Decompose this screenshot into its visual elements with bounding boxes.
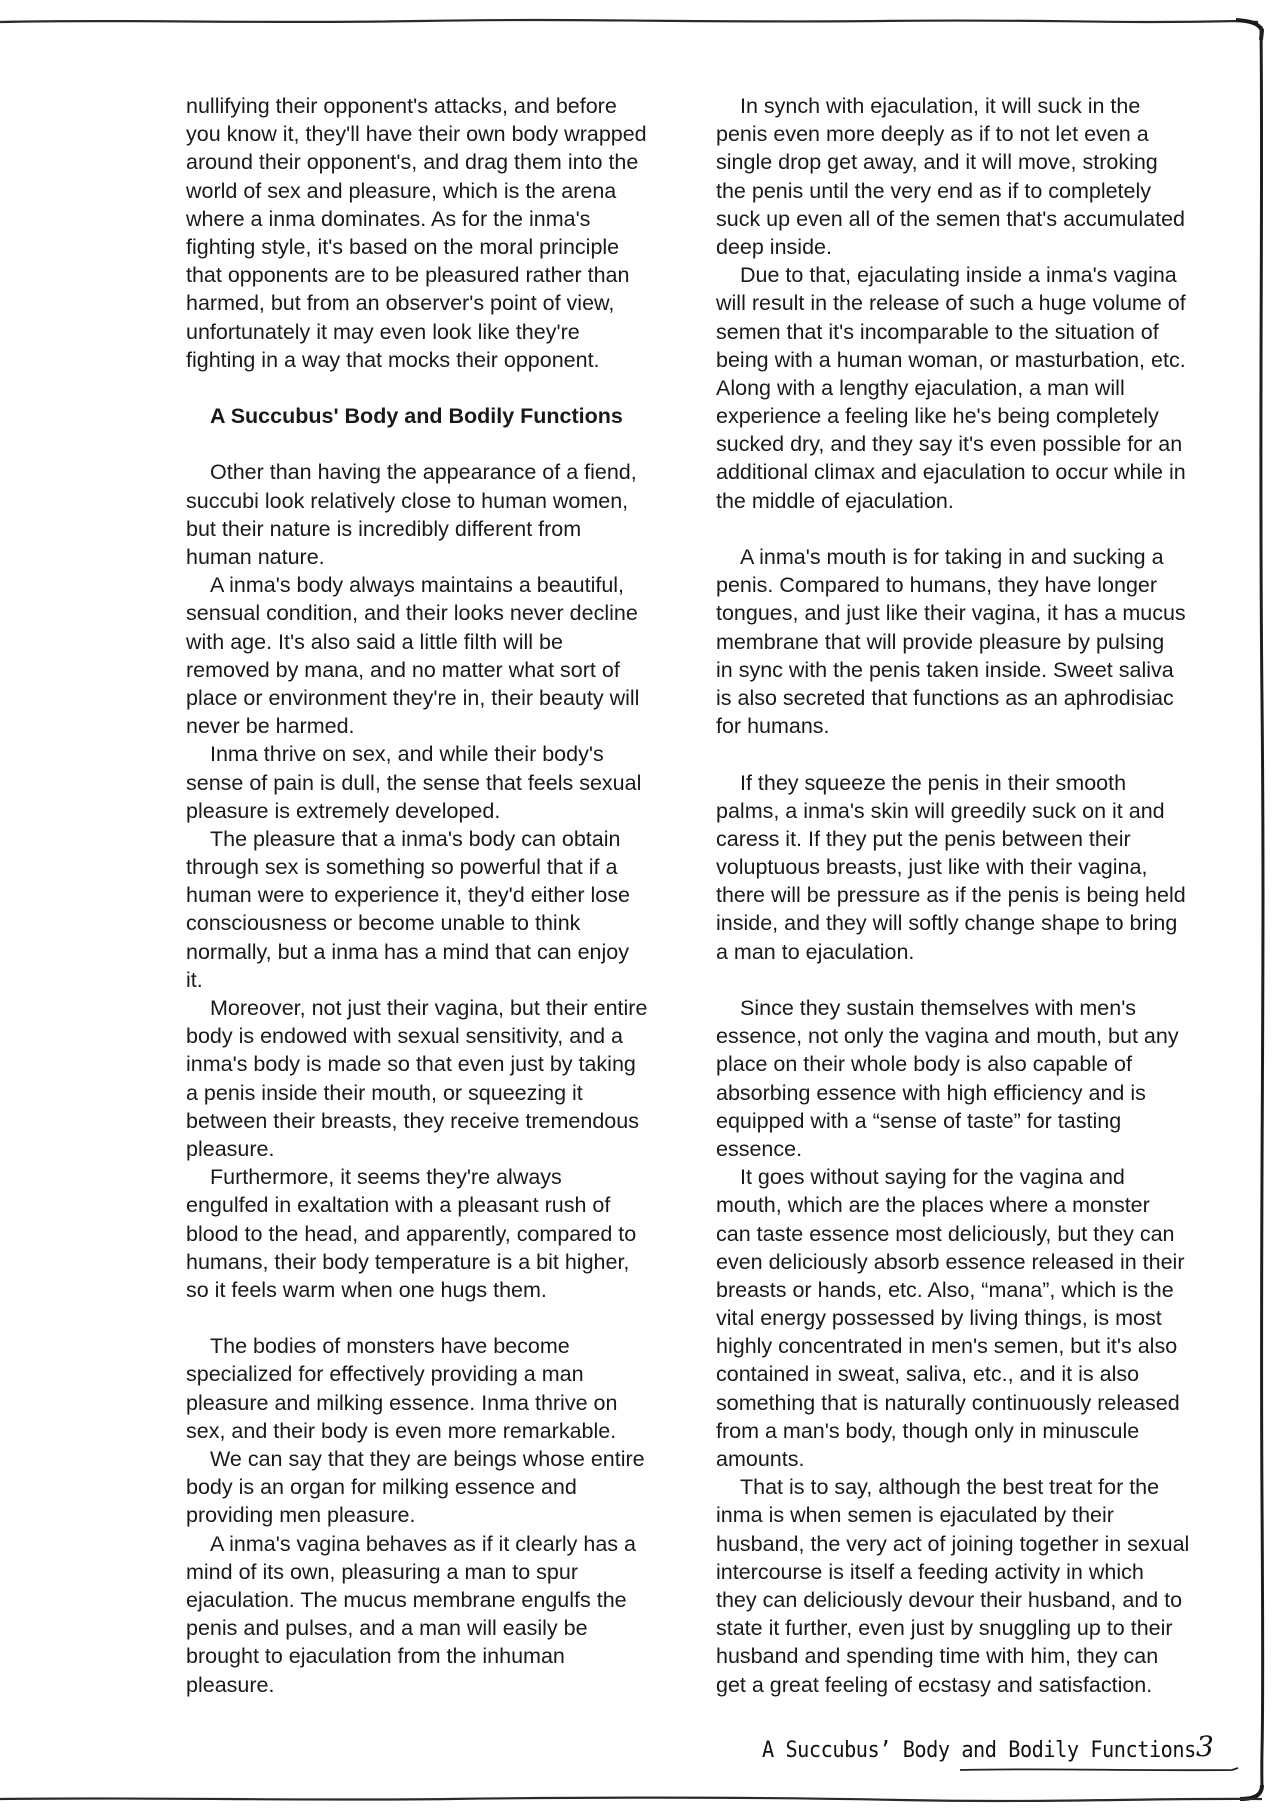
- text-line: human were to experience it, they'd eith…: [186, 881, 706, 909]
- text-line: but their nature is incredibly different…: [186, 515, 706, 543]
- text-line: sex, and their body is even more remarka…: [186, 1417, 706, 1445]
- text-line: through sex is something so powerful tha…: [186, 853, 706, 881]
- text-line: equipped with a “sense of taste” for tas…: [716, 1107, 1246, 1135]
- text-line: penis and pulses, and a man will easily …: [186, 1614, 706, 1642]
- text-line: get a great feeling of ecstasy and satis…: [716, 1671, 1246, 1699]
- text-line: with age. It's also said a little filth …: [186, 628, 706, 656]
- text-line: If they squeeze the penis in their smoot…: [716, 769, 1246, 797]
- text-line: Other than having the appearance of a fi…: [186, 458, 706, 486]
- text-line: vital energy possessed by living things,…: [716, 1304, 1246, 1332]
- text-line: engulfed in exaltation with a pleasant r…: [186, 1191, 706, 1219]
- text-line: A inma's vagina behaves as if it clearly…: [186, 1530, 706, 1558]
- text-line: place on their whole body is also capabl…: [716, 1050, 1246, 1078]
- text-line: breasts or hands, etc. Also, “mana”, whi…: [716, 1276, 1246, 1304]
- text-line: it.: [186, 966, 706, 994]
- text-line: can taste essence most deliciously, but …: [716, 1220, 1246, 1248]
- paragraph-gap: [186, 430, 706, 458]
- text-line: That is to say, although the best treat …: [716, 1473, 1246, 1501]
- text-line: experience a feeling like he's being com…: [716, 402, 1246, 430]
- text-line: harmed, but from an observer's point of …: [186, 289, 706, 317]
- section-heading: A Succubus' Body and Bodily Functions: [186, 402, 706, 430]
- text-line: husband, the very act of joining togethe…: [716, 1530, 1246, 1558]
- text-line: providing men pleasure.: [186, 1501, 706, 1529]
- text-line: where a inma dominates. As for the inma'…: [186, 205, 706, 233]
- text-line: a man to ejaculation.: [716, 938, 1246, 966]
- text-line: humans, their body temperature is a bit …: [186, 1248, 706, 1276]
- text-line: place or environment they're in, their b…: [186, 684, 706, 712]
- left-text-column: nullifying their opponent's attacks, and…: [186, 92, 706, 1699]
- text-line: A inma's mouth is for taking in and suck…: [716, 543, 1246, 571]
- text-line: We can say that they are beings whose en…: [186, 1445, 706, 1473]
- text-line: additional climax and ejaculation to occ…: [716, 458, 1246, 486]
- text-line: mind of its own, pleasuring a man to spu…: [186, 1558, 706, 1586]
- text-line: The pleasure that a inma's body can obta…: [186, 825, 706, 853]
- footer-underline: [960, 1768, 1238, 1770]
- text-line: fighting style, it's based on the moral …: [186, 233, 706, 261]
- text-line: from a man's body, though only in minusc…: [716, 1417, 1246, 1445]
- text-line: husband and spending time with him, they…: [716, 1642, 1246, 1670]
- text-line: pleasure.: [186, 1671, 706, 1699]
- text-line: voluptuous breasts, just like with their…: [716, 853, 1246, 881]
- text-line: caress it. If they put the penis between…: [716, 825, 1246, 853]
- text-line: around their opponent's, and drag them i…: [186, 148, 706, 176]
- text-line: essence.: [716, 1135, 1246, 1163]
- text-line: for humans.: [716, 712, 1246, 740]
- text-line: a penis inside their mouth, or squeezing…: [186, 1079, 706, 1107]
- text-line: Since they sustain themselves with men's: [716, 994, 1246, 1022]
- text-line: It goes without saying for the vagina an…: [716, 1163, 1246, 1191]
- text-line: nullifying their opponent's attacks, and…: [186, 92, 706, 120]
- text-line: highly concentrated in men's semen, but …: [716, 1332, 1246, 1360]
- text-line: between their breasts, they receive trem…: [186, 1107, 706, 1135]
- text-line: even deliciously absorb essence released…: [716, 1248, 1246, 1276]
- text-line: inside, and they will softly change shap…: [716, 909, 1246, 937]
- text-line: contained in sweat, saliva, etc., and it…: [716, 1360, 1246, 1388]
- text-line: specialized for effectively providing a …: [186, 1360, 706, 1388]
- text-line: sensual condition, and their looks never…: [186, 599, 706, 627]
- text-line: intercourse is itself a feeding activity…: [716, 1558, 1246, 1586]
- text-line: penis. Compared to humans, they have lon…: [716, 571, 1246, 599]
- right-border-line: [1261, 26, 1263, 1790]
- text-line: removed by mana, and no matter what sort…: [186, 656, 706, 684]
- text-line: state it further, even just by snuggling…: [716, 1614, 1246, 1642]
- text-line: suck up even all of the semen that's acc…: [716, 205, 1246, 233]
- text-line: the middle of ejaculation.: [716, 487, 1246, 515]
- text-line: the penis until the very end as if to co…: [716, 177, 1246, 205]
- text-line: so it feels warm when one hugs them.: [186, 1276, 706, 1304]
- text-line: something that is naturally continuously…: [716, 1389, 1246, 1417]
- text-line: succubi look relatively close to human w…: [186, 487, 706, 515]
- text-line: pleasure and milking essence. Inma thriv…: [186, 1389, 706, 1417]
- text-line: body is an organ for milking essence and: [186, 1473, 706, 1501]
- text-line: human nature.: [186, 543, 706, 571]
- text-line: fighting in a way that mocks their oppon…: [186, 346, 706, 374]
- text-line: palms, a inma's skin will greedily suck …: [716, 797, 1246, 825]
- text-line: in sync with the penis taken inside. Swe…: [716, 656, 1246, 684]
- text-line: sense of pain is dull, the sense that fe…: [186, 769, 706, 797]
- text-line: Furthermore, it seems they're always: [186, 1163, 706, 1191]
- text-line: will result in the release of such a hug…: [716, 289, 1246, 317]
- text-line: Due to that, ejaculating inside a inma's…: [716, 261, 1246, 289]
- text-line: there will be pressure as if the penis i…: [716, 881, 1246, 909]
- text-line: never be harmed.: [186, 712, 706, 740]
- text-line: normally, but a inma has a mind that can…: [186, 938, 706, 966]
- text-line: Moreover, not just their vagina, but the…: [186, 994, 706, 1022]
- text-line: being with a human woman, or masturbatio…: [716, 346, 1246, 374]
- paragraph-gap: [716, 515, 1246, 543]
- text-line: body is endowed with sexual sensitivity,…: [186, 1022, 706, 1050]
- running-footer-title: A Succubus’ Body and Bodily Functions: [762, 1738, 1196, 1763]
- corner-flourish-bottom: [1240, 1785, 1262, 1799]
- text-line: ejaculation. The mucus membrane engulfs …: [186, 1586, 706, 1614]
- text-line: consciousness or become unable to think: [186, 909, 706, 937]
- text-line: semen that it's incomparable to the situ…: [716, 318, 1246, 346]
- text-line: pleasure.: [186, 1135, 706, 1163]
- text-line: essence, not only the vagina and mouth, …: [716, 1022, 1246, 1050]
- text-line: single drop get away, and it will move, …: [716, 148, 1246, 176]
- text-line: penis even more deeply as if to not let …: [716, 120, 1246, 148]
- text-line: brought to ejaculation from the inhuman: [186, 1642, 706, 1670]
- text-line: In synch with ejaculation, it will suck …: [716, 92, 1246, 120]
- text-line: inma's body is made so that even just by…: [186, 1050, 706, 1078]
- text-line: inma is when semen is ejaculated by thei…: [716, 1501, 1246, 1529]
- text-line: tongues, and just like their vagina, it …: [716, 599, 1246, 627]
- text-line: amounts.: [716, 1445, 1246, 1473]
- text-line: Inma thrive on sex, and while their body…: [186, 740, 706, 768]
- paragraph-gap: [186, 1304, 706, 1332]
- bottom-border-line: [0, 1798, 1262, 1801]
- text-line: Along with a lengthy ejaculation, a man …: [716, 374, 1246, 402]
- text-line: membrane that will provide pleasure by p…: [716, 628, 1246, 656]
- paragraph-gap: [186, 374, 706, 402]
- text-line: A inma's body always maintains a beautif…: [186, 571, 706, 599]
- right-text-column: In synch with ejaculation, it will suck …: [716, 92, 1246, 1699]
- corner-flourish: [1236, 20, 1262, 40]
- text-line: that opponents are to be pleasured rathe…: [186, 261, 706, 289]
- text-line: sucked dry, and they say it's even possi…: [716, 430, 1246, 458]
- text-line: mouth, which are the places where a mons…: [716, 1191, 1246, 1219]
- top-border-line: [0, 20, 1258, 22]
- text-line: they can deliciously devour their husban…: [716, 1586, 1246, 1614]
- text-line: you know it, they'll have their own body…: [186, 120, 706, 148]
- text-line: The bodies of monsters have become: [186, 1332, 706, 1360]
- text-line: absorbing essence with high efficiency a…: [716, 1079, 1246, 1107]
- text-line: deep inside.: [716, 233, 1246, 261]
- paragraph-gap: [716, 740, 1246, 768]
- text-line: blood to the head, and apparently, compa…: [186, 1220, 706, 1248]
- paragraph-gap: [716, 966, 1246, 994]
- text-line: world of sex and pleasure, which is the …: [186, 177, 706, 205]
- text-line: pleasure is extremely developed.: [186, 797, 706, 825]
- text-line: unfortunately it may even look like they…: [186, 318, 706, 346]
- text-line: is also secreted that functions as an ap…: [716, 684, 1246, 712]
- page-number: 3: [1196, 1730, 1214, 1763]
